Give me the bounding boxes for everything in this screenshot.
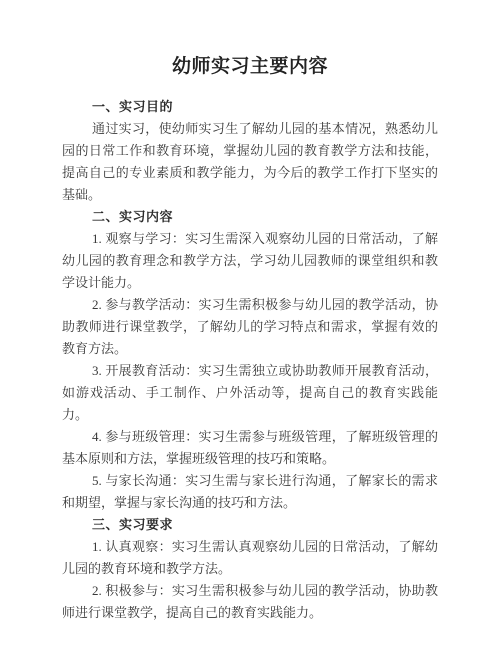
section-heading-goal: 一、实习目的 — [62, 96, 438, 118]
content-item-4: 4. 参与班级管理：实习生需参与班级管理，了解班级管理的基本原则和方法，掌握班级… — [62, 426, 438, 470]
content-item-3: 3. 开展教育活动：实习生需独立或协助教师开展教育活动，如游戏活动、手工制作、户… — [62, 360, 438, 426]
section-heading-content: 二、实习内容 — [62, 206, 438, 228]
requirement-item-2: 2. 积极参与：实习生需积极参与幼儿园的教学活动，协助教师进行课堂教学，提高自己… — [62, 580, 438, 624]
requirement-item-1: 1. 认真观察：实习生需认真观察幼儿园的日常活动，了解幼儿园的教育环境和教学方法… — [62, 536, 438, 580]
document-body: 一、实习目的 通过实习，使幼师实习生了解幼儿园的基本情况，熟悉幼儿园的日常工作和… — [62, 96, 438, 624]
document-title: 幼师实习主要内容 — [62, 53, 438, 81]
content-item-1: 1. 观察与学习：实习生需深入观察幼儿园的日常活动，了解幼儿园的教育理念和教学方… — [62, 228, 438, 294]
paragraph-goal: 通过实习，使幼师实习生了解幼儿园的基本情况，熟悉幼儿园的日常工作和教育环境，掌握… — [62, 118, 438, 206]
content-item-5: 5. 与家长沟通：实习生需与家长进行沟通，了解家长的需求和期望，掌握与家长沟通的… — [62, 470, 438, 514]
section-heading-requirements: 三、实习要求 — [62, 514, 438, 536]
content-item-2: 2. 参与教学活动：实习生需积极参与幼儿园的教学活动，协助教师进行课堂教学，了解… — [62, 294, 438, 360]
document-page: 幼师实习主要内容 一、实习目的 通过实习，使幼师实习生了解幼儿园的基本情况，熟悉… — [0, 0, 500, 647]
